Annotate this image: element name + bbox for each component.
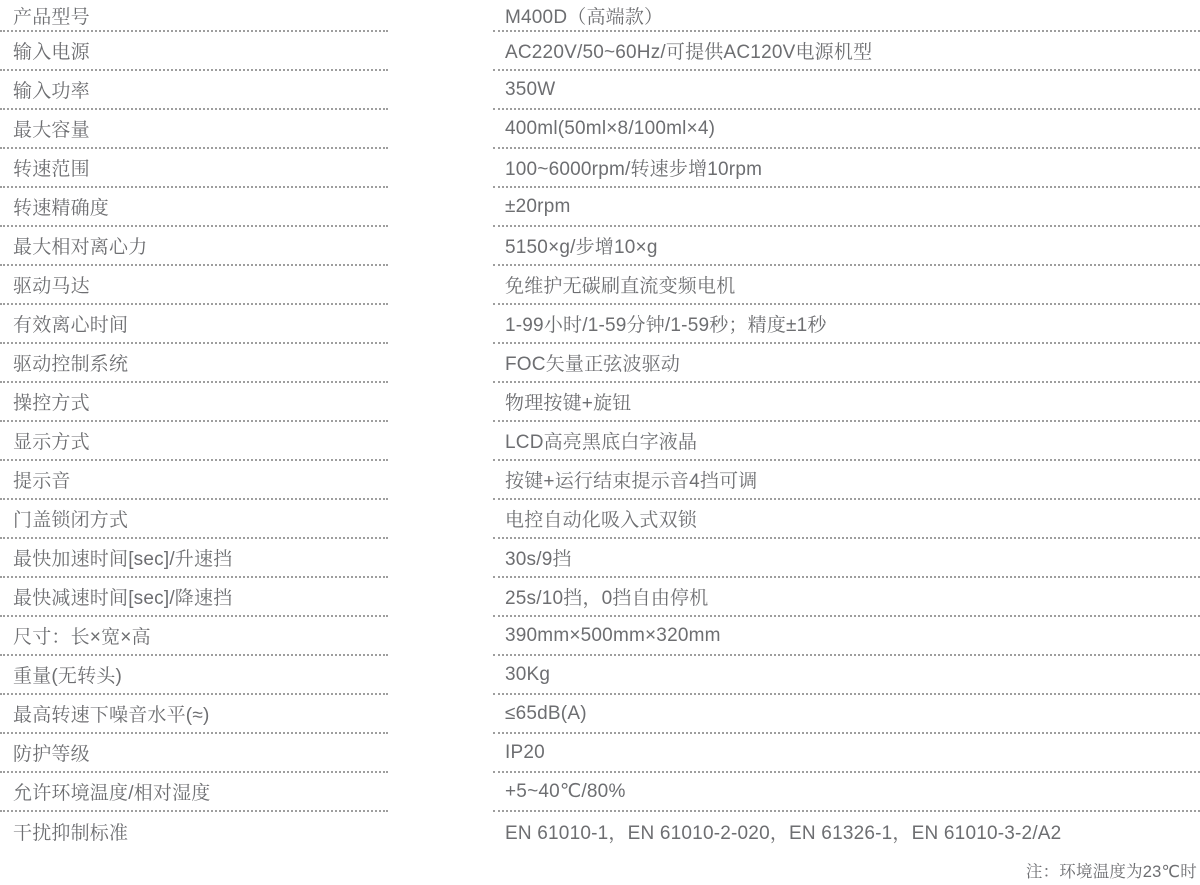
- spec-label: 最高转速下噪音水平(≈): [0, 695, 388, 734]
- table-row: 输入电源 AC220V/50~60Hz/可提供AC120V电源机型: [0, 32, 1200, 71]
- spec-label: 产品型号: [0, 0, 388, 32]
- column-gap: [388, 695, 493, 734]
- column-gap: [388, 0, 493, 32]
- spec-value: 1-99小时/1-59分钟/1-59秒；精度±1秒: [493, 305, 1200, 344]
- spec-label: 门盖锁闭方式: [0, 500, 388, 539]
- column-gap: [388, 461, 493, 500]
- spec-label: 显示方式: [0, 422, 388, 461]
- column-gap: [388, 734, 493, 773]
- spec-value: 400ml(50ml×8/100ml×4): [493, 110, 1200, 149]
- spec-label: 最大容量: [0, 110, 388, 149]
- spec-value: LCD高亮黑底白字液晶: [493, 422, 1200, 461]
- column-gap: [388, 578, 493, 617]
- spec-label: 防护等级: [0, 734, 388, 773]
- spec-value: ≤65dB(A): [493, 695, 1200, 734]
- spec-label: 输入功率: [0, 71, 388, 110]
- column-gap: [388, 71, 493, 110]
- spec-value: M400D（高端款）: [493, 0, 1200, 32]
- column-gap: [388, 188, 493, 227]
- table-row: 显示方式 LCD高亮黑底白字液晶: [0, 422, 1200, 461]
- table-row: 驱动控制系统 FOC矢量正弦波驱动: [0, 344, 1200, 383]
- table-row: 最大相对离心力 5150×g/步增10×g: [0, 227, 1200, 266]
- table-row: 尺寸：长×宽×高 390mm×500mm×320mm: [0, 617, 1200, 656]
- column-gap: [388, 227, 493, 266]
- column-gap: [388, 539, 493, 578]
- spec-value: AC220V/50~60Hz/可提供AC120V电源机型: [493, 32, 1200, 71]
- footnote: 注：环境温度为23℃时: [0, 858, 1200, 882]
- table-row: 重量(无转头) 30Kg: [0, 656, 1200, 695]
- table-row: 最大容量 400ml(50ml×8/100ml×4): [0, 110, 1200, 149]
- spec-value: FOC矢量正弦波驱动: [493, 344, 1200, 383]
- table-row: 驱动马达 免维护无碳刷直流变频电机: [0, 266, 1200, 305]
- column-gap: [388, 773, 493, 812]
- spec-label: 允许环境温度/相对湿度: [0, 773, 388, 812]
- spec-value: 100~6000rpm/转速步增10rpm: [493, 149, 1200, 188]
- column-gap: [388, 266, 493, 305]
- column-gap: [388, 344, 493, 383]
- table-row: 最快加速时间[sec]/升速挡 30s/9挡: [0, 539, 1200, 578]
- spec-value: 5150×g/步增10×g: [493, 227, 1200, 266]
- table-row: 有效离心时间 1-99小时/1-59分钟/1-59秒；精度±1秒: [0, 305, 1200, 344]
- spec-value: ±20rpm: [493, 188, 1200, 227]
- column-gap: [388, 305, 493, 344]
- spec-value: IP20: [493, 734, 1200, 773]
- spec-label: 尺寸：长×宽×高: [0, 617, 388, 656]
- table-row: 防护等级 IP20: [0, 734, 1200, 773]
- table-row: 转速范围 100~6000rpm/转速步增10rpm: [0, 149, 1200, 188]
- column-gap: [388, 422, 493, 461]
- spec-value: 电控自动化吸入式双锁: [493, 500, 1200, 539]
- spec-label: 提示音: [0, 461, 388, 500]
- spec-value: 25s/10挡，0挡自由停机: [493, 578, 1200, 617]
- spec-value: 350W: [493, 71, 1200, 110]
- table-row: 允许环境温度/相对湿度 +5~40℃/80%: [0, 773, 1200, 812]
- column-gap: [388, 812, 493, 851]
- table-row: 产品型号 M400D（高端款）: [0, 0, 1200, 32]
- column-gap: [388, 656, 493, 695]
- column-gap: [388, 500, 493, 539]
- spec-label: 重量(无转头): [0, 656, 388, 695]
- spec-label: 驱动马达: [0, 266, 388, 305]
- column-gap: [388, 110, 493, 149]
- spec-label: 最快减速时间[sec]/降速挡: [0, 578, 388, 617]
- spec-label: 有效离心时间: [0, 305, 388, 344]
- table-row: 门盖锁闭方式 电控自动化吸入式双锁: [0, 500, 1200, 539]
- spec-label: 驱动控制系统: [0, 344, 388, 383]
- spec-value: 30s/9挡: [493, 539, 1200, 578]
- table-row: 提示音 按键+运行结束提示音4挡可调: [0, 461, 1200, 500]
- spec-value: 免维护无碳刷直流变频电机: [493, 266, 1200, 305]
- table-row: 最快减速时间[sec]/降速挡 25s/10挡，0挡自由停机: [0, 578, 1200, 617]
- spec-label: 最大相对离心力: [0, 227, 388, 266]
- table-row: 操控方式 物理按键+旋钮: [0, 383, 1200, 422]
- column-gap: [388, 383, 493, 422]
- spec-label: 输入电源: [0, 32, 388, 71]
- spec-label: 转速范围: [0, 149, 388, 188]
- column-gap: [388, 32, 493, 71]
- spec-label: 最快加速时间[sec]/升速挡: [0, 539, 388, 578]
- column-gap: [388, 617, 493, 656]
- spec-value: EN 61010-1，EN 61010-2-020，EN 61326-1，EN …: [493, 812, 1200, 851]
- spec-label: 转速精确度: [0, 188, 388, 227]
- spec-value: 按键+运行结束提示音4挡可调: [493, 461, 1200, 500]
- spec-value: 30Kg: [493, 656, 1200, 695]
- spec-value: 390mm×500mm×320mm: [493, 617, 1200, 656]
- spec-value: +5~40℃/80%: [493, 773, 1200, 812]
- table-row: 输入功率 350W: [0, 71, 1200, 110]
- column-gap: [388, 149, 493, 188]
- spec-value: 物理按键+旋钮: [493, 383, 1200, 422]
- table-row: 转速精确度 ±20rpm: [0, 188, 1200, 227]
- spec-table: 产品型号 M400D（高端款） 输入电源 AC220V/50~60Hz/可提供A…: [0, 0, 1200, 851]
- spec-label: 干扰抑制标准: [0, 812, 388, 851]
- spec-label: 操控方式: [0, 383, 388, 422]
- table-row: 最高转速下噪音水平(≈) ≤65dB(A): [0, 695, 1200, 734]
- table-row: 干扰抑制标准 EN 61010-1，EN 61010-2-020，EN 6132…: [0, 812, 1200, 851]
